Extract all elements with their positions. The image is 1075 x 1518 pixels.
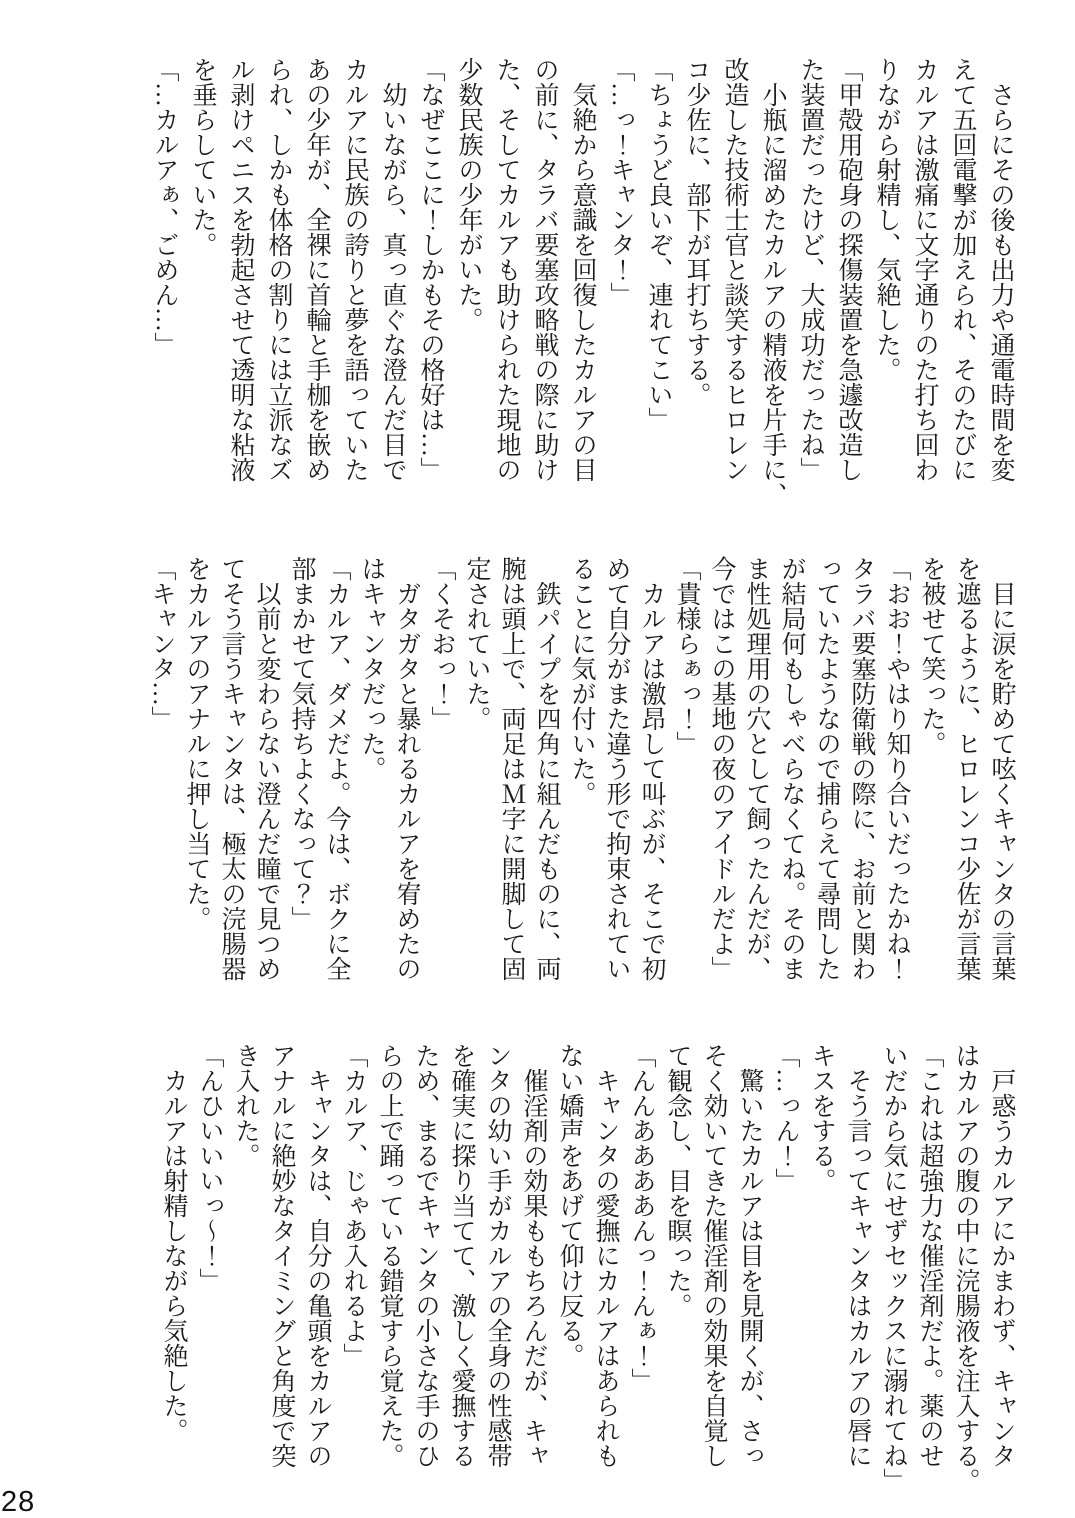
text-line: ンタの幼い手がカルアの全身の性感帯 xyxy=(479,1043,515,1493)
text-block-2: 目に涙を貯めて呟くキャンタの言葉を遮るように、ヒロレンコ少佐が言葉を被せて笑った… xyxy=(144,556,1019,981)
text-line: さらにその後も出力や通電時間を変 xyxy=(981,57,1019,507)
text-line: 少数民族の少年がいた。 xyxy=(449,57,487,507)
text-line: 目に涙を貯めて呟くキャンタの言葉 xyxy=(984,556,1019,981)
text-line: 「んんああああんっ！んぁ！」 xyxy=(623,1043,659,1493)
text-line: ル剥けペニスを勃起させて透明な粘液 xyxy=(221,57,259,507)
text-line: ることに気が付いた。 xyxy=(564,556,599,981)
text-line: ガタガタと暴れるカルアを宥めたの xyxy=(389,556,424,981)
text-line: ため、まるでキャンタの小さな手のひ xyxy=(407,1043,443,1493)
text-line: いだから気にせずセックスに溺れてね」 xyxy=(875,1043,911,1493)
text-line: 定されていた。 xyxy=(459,556,494,981)
text-line: 催淫剤の効果ももちろんだが、キャ xyxy=(515,1043,551,1493)
text-line: を垂らしていた。 xyxy=(183,57,221,507)
text-line: をカルアのアナルに押し当てた。 xyxy=(179,556,214,981)
text-line: っていたようなので捕らえて尋問した xyxy=(809,556,844,981)
text-line: キスをする。 xyxy=(803,1043,839,1493)
text-line: 「キャンタ…」 xyxy=(144,556,179,981)
text-line: 改造した技術士官と談笑するヒロレン xyxy=(715,57,753,507)
text-line: 「これは超強力な催淫剤だよ。薬のせ xyxy=(911,1043,947,1493)
text-line: 「ちょうど良いぞ、連れてこい」 xyxy=(639,57,677,507)
text-line: タラバ要塞防衛戦の際に、お前と関わ xyxy=(844,556,879,981)
text-line: えて五回電撃が加えられ、そのたびに xyxy=(943,57,981,507)
text-line: 驚いたカルアは目を見開くが、さっ xyxy=(731,1043,767,1493)
text-line: 気絶から意識を回復したカルアの目 xyxy=(563,57,601,507)
text-line: らの上で踊っている錯覚すら覚えた。 xyxy=(371,1043,407,1493)
text-line: 「甲殻用砲身の探傷装置を急遽改造し xyxy=(829,57,867,507)
text-line: 「…カルアぁ、ごめん…」 xyxy=(145,57,183,507)
text-line: き入れた。 xyxy=(227,1043,263,1493)
text-line: そう言ってキャンタはカルアの唇に xyxy=(839,1043,875,1493)
text-line: の前に、タラバ要塞攻略戦の際に助け xyxy=(525,57,563,507)
text-line: はキャンタだった。 xyxy=(354,556,389,981)
text-line: 「…っん！」 xyxy=(767,1043,803,1493)
text-line: 「くそおっ！」 xyxy=(424,556,459,981)
text-line: はカルアの腹の中に浣腸液を注入する。 xyxy=(947,1043,983,1493)
text-line: が結局何もしゃべらなくてね。そのま xyxy=(774,556,809,981)
text-line: カルアは激昂して叫ぶが、そこで初 xyxy=(634,556,669,981)
text-line: カルアは激痛に文字通りのた打ち回わ xyxy=(905,57,943,507)
text-line: カルアに民族の誇りと夢を語っていた xyxy=(335,57,373,507)
text-line: 以前と変わらない澄んだ瞳で見つめ xyxy=(249,556,284,981)
text-line: ま性処理用の穴として飼ったんだが、 xyxy=(739,556,774,981)
text-line: めて自分がまた違う形で拘束されてい xyxy=(599,556,634,981)
text-line: コ少佐に、部下が耳打ちする。 xyxy=(677,57,715,507)
text-line: た装置だったけど、大成功だったね」 xyxy=(791,57,829,507)
text-line: て観念し、目を瞑った。 xyxy=(659,1043,695,1493)
text-line: 部まかせて気持ちよくなって？」 xyxy=(284,556,319,981)
text-line: 「貴様らぁっ！」 xyxy=(669,556,704,981)
text-line: 「カルア、ダメだよ。今は、ボクに全 xyxy=(319,556,354,981)
text-line: てそう言うキャンタは、極太の浣腸器 xyxy=(214,556,249,981)
text-block-3: 戸惑うカルアにかまわず、キャンタはカルアの腹の中に浣腸液を注入する。「これは超強… xyxy=(155,1043,1019,1493)
text-line: 「おお！やはり知り合いだったかね！ xyxy=(879,556,914,981)
text-line: 「なぜここに！しかもその格好は…」 xyxy=(411,57,449,507)
text-line: カルアは射精しながら気絶した。 xyxy=(155,1043,191,1493)
document-page: さらにその後も出力や通電時間を変えて五回電撃が加えられ、そのたびにカルアは激痛に… xyxy=(0,0,1075,1518)
text-line: 「カルア、じゃあ入れるよ」 xyxy=(335,1043,371,1493)
text-line: キャンタは、自分の亀頭をカルアの xyxy=(299,1043,335,1493)
text-line: られ、しかも体格の割りには立派なズ xyxy=(259,57,297,507)
text-line: 腕は頭上で、両足はＭ字に開脚して固 xyxy=(494,556,529,981)
text-block-1: さらにその後も出力や通電時間を変えて五回電撃が加えられ、そのたびにカルアは激痛に… xyxy=(145,57,1019,507)
text-line: を遮るように、ヒロレンコ少佐が言葉 xyxy=(949,556,984,981)
text-line: キャンタの愛撫にカルアはあられも xyxy=(587,1043,623,1493)
text-line: ない嬌声をあげて仰け反る。 xyxy=(551,1043,587,1493)
text-line: 「…っ！キャンタ！」 xyxy=(601,57,639,507)
text-line: を確実に探り当てて、激しく愛撫する xyxy=(443,1043,479,1493)
text-line: 鉄パイプを四角に組んだものに、両 xyxy=(529,556,564,981)
text-line: りながら射精し、気絶した。 xyxy=(867,57,905,507)
text-line: アナルに絶妙なタイミングと角度で突 xyxy=(263,1043,299,1493)
text-line: 幼いながら、真っ直ぐな澄んだ目で xyxy=(373,57,411,507)
text-line: た、そしてカルアも助けられた現地の xyxy=(487,57,525,507)
text-line: を被せて笑った。 xyxy=(914,556,949,981)
text-line: あの少年が、全裸に首輪と手枷を嵌め xyxy=(297,57,335,507)
text-line: 「んひいいいっ〜！」 xyxy=(191,1043,227,1493)
text-line: 戸惑うカルアにかまわず、キャンタ xyxy=(983,1043,1019,1493)
text-line: そく効いてきた催淫剤の効果を自覚し xyxy=(695,1043,731,1493)
text-line: 小瓶に溜めたカルアの精液を片手に、 xyxy=(753,57,791,507)
text-line: 今ではこの基地の夜のアイドルだよ」 xyxy=(704,556,739,981)
page-number: 28 xyxy=(1,1488,35,1517)
